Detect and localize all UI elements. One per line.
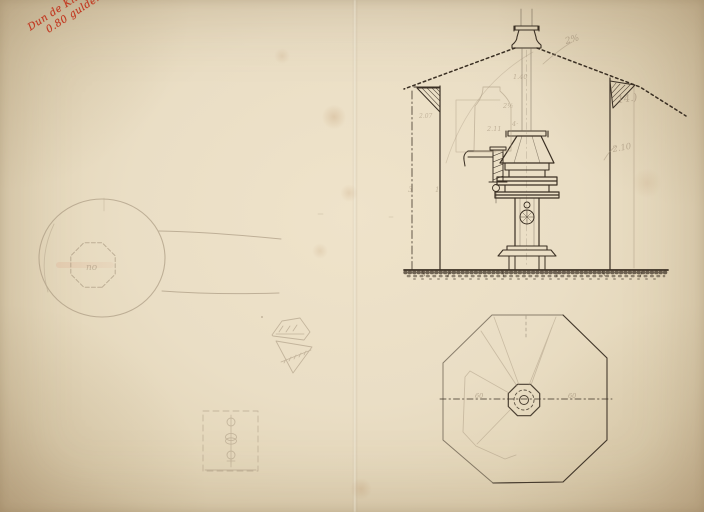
- mark-left-wall-b: 1: [435, 186, 439, 194]
- plan-dashed-circle: [514, 390, 534, 410]
- mark-column-dim-b: 4·: [511, 120, 518, 128]
- vent-cap-skirt: [512, 30, 541, 48]
- sketch-dot: [261, 316, 263, 318]
- right-wall: [610, 78, 635, 270]
- inner-octagon: [508, 384, 539, 415]
- column-bell: [500, 136, 554, 163]
- roof-right-slope: [537, 48, 686, 116]
- vent-pipe-above: [521, 9, 532, 26]
- mark-column-dim-c: 2.11: [486, 125, 501, 133]
- left-bracket-hatch: [422, 88, 440, 107]
- keyhole-handle-bottom-line: [162, 291, 279, 294]
- spiral-hatch: [493, 152, 503, 180]
- vent-cap-rim: [514, 26, 539, 31]
- drawing-canvas: no: [0, 0, 704, 512]
- interior-pipe: [522, 49, 531, 266]
- octagon-plan: 60 60: [440, 315, 612, 483]
- column-band1: [505, 163, 549, 170]
- mark-plan-left: 60: [475, 392, 483, 400]
- kite-upper-outline: [272, 318, 310, 340]
- column-bell-inner: [514, 136, 540, 163]
- plan-radial-3: [494, 317, 519, 385]
- kite-hatch-band: [281, 350, 311, 363]
- mark-right-wall-lower: 2.10: [611, 142, 633, 155]
- column-band3: [505, 185, 549, 192]
- plan-pencil-octagon: [463, 371, 516, 459]
- keyhole-circle-sketch-stroke: [44, 224, 54, 292]
- spout-outlet-circle: [493, 185, 500, 192]
- pencil-arc-construction: [446, 52, 533, 163]
- plan-center-circle: [520, 396, 529, 405]
- valve-foot-marks: [227, 459, 235, 463]
- mark-column-dim-a: 2½: [502, 102, 513, 110]
- column-plinth: [509, 256, 545, 270]
- roof-left-slope: [404, 48, 515, 89]
- mark-left-wall-a: 3: [408, 186, 413, 194]
- column-base-step: [507, 246, 547, 250]
- plan-radial-5: [470, 371, 509, 393]
- column-rosette-lattice: [520, 210, 534, 224]
- fountain-column: [495, 131, 559, 270]
- detail-sketch-kite: [261, 316, 312, 373]
- plan-pencil-construction: [463, 317, 556, 459]
- ridge-vent-cap: [512, 9, 541, 48]
- ground-line: [404, 270, 668, 279]
- pencil-bottle-outline: [474, 87, 511, 151]
- plan-radial-6: [477, 409, 511, 444]
- column-base-flare: [498, 250, 556, 256]
- plan-radial-4: [529, 317, 556, 385]
- building-section: 2% 1.40 2½ 4· 2.11 2.07 3 1 14.) 2.10: [404, 9, 686, 279]
- column-wide-ring: [497, 177, 557, 185]
- keyhole-center-label: no: [86, 263, 98, 273]
- stray-pencil-ticks: [318, 214, 393, 217]
- mark-plan-right: 60: [568, 392, 576, 400]
- spout-pipe: [464, 151, 493, 166]
- column-capital-base-ring: [495, 192, 559, 198]
- detail-sketch-valve-plan: [203, 411, 258, 471]
- keyhole-handle-top-line: [159, 231, 281, 239]
- kite-upper-scribbles: [276, 325, 304, 334]
- mark-right-wall-upper: 14.): [617, 92, 638, 106]
- column-band2: [509, 170, 545, 177]
- keyhole-circle: [39, 199, 165, 317]
- mark-column-top: 1.40: [513, 73, 527, 81]
- scanned-drawing-sheet: Dun de Kilogram 0.80 gulden no: [0, 0, 704, 512]
- column-rosette-knob: [524, 202, 530, 208]
- mark-left-bracket: 2.07: [418, 113, 433, 120]
- mark-roof-slope: 2%: [563, 33, 580, 47]
- left-corner-bracket: [417, 88, 440, 112]
- plan-radial-1: [481, 331, 517, 386]
- roof-dashed-lines: [404, 48, 686, 116]
- keyhole-plan-sketch: no: [39, 198, 281, 317]
